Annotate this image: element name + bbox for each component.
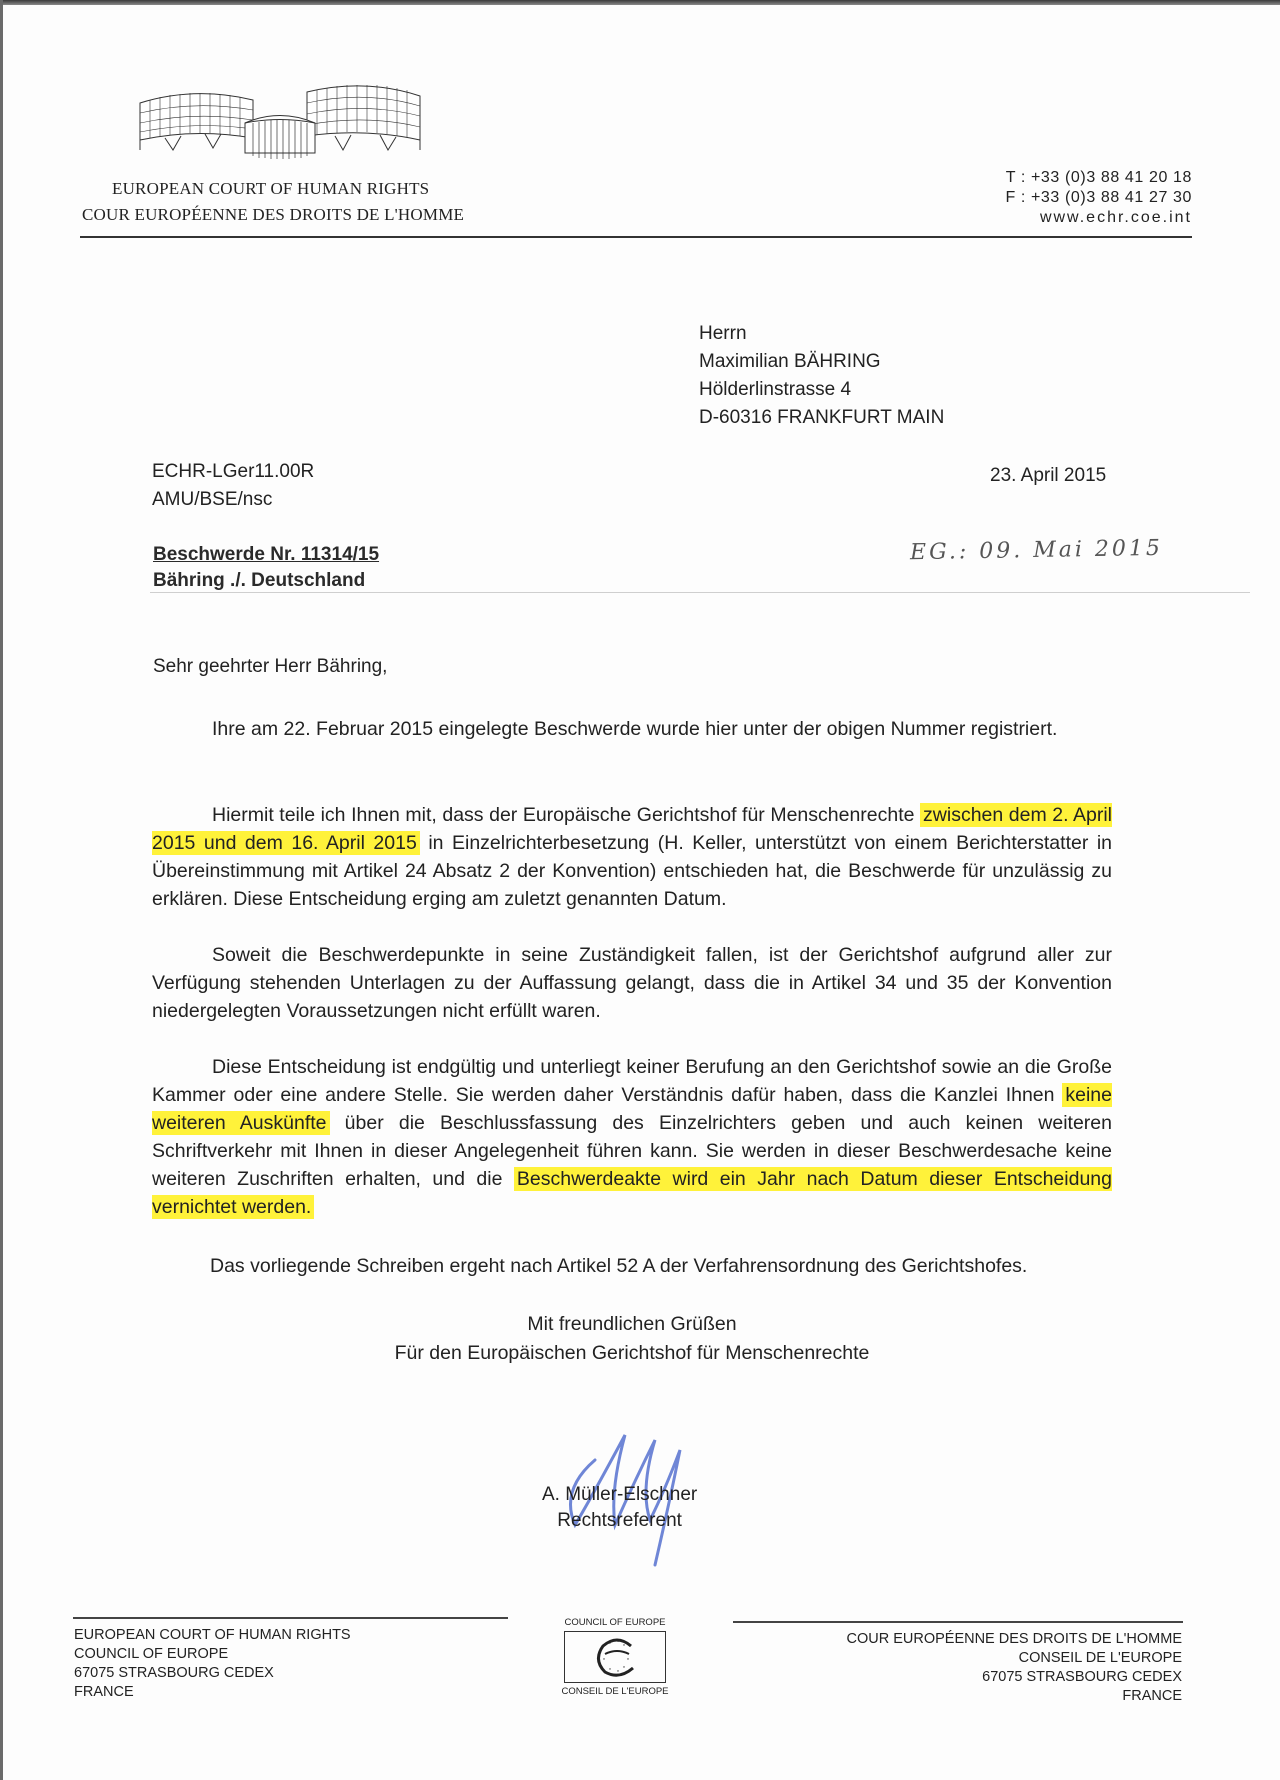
- website-link[interactable]: www.echr.coe.int: [1005, 208, 1192, 228]
- letterhead-divider: [80, 236, 1192, 238]
- closing-institution: Für den Europäischen Gerichtshof für Men…: [152, 1339, 1112, 1368]
- footer-divider-left: [73, 1617, 508, 1619]
- svg-text:*: *: [627, 1658, 629, 1664]
- letter-date: 23. April 2015: [990, 465, 1106, 487]
- svg-text:*: *: [623, 1644, 625, 1650]
- recipient-address: Herrn Maximilian BÄHRING Hölderlinstrass…: [699, 320, 944, 432]
- paragraph-registration: Ihre am 22. Februar 2015 eingelegte Besc…: [152, 715, 1112, 743]
- footer-divider-right: [733, 1621, 1183, 1623]
- paragraph-finality: Diese Entscheidung ist endgültig und unt…: [152, 1053, 1112, 1221]
- court-name-english: EUROPEAN COURT OF HUMAN RIGHTS: [112, 179, 429, 199]
- reference-block: ECHR-LGer11.00R AMU/BSE/nsc: [152, 458, 314, 514]
- case-number: Beschwerde Nr. 11314/15: [153, 542, 379, 568]
- recipient-salutation: Herrn: [699, 320, 944, 348]
- svg-text:*: *: [617, 1670, 619, 1676]
- svg-text:*: *: [609, 1642, 611, 1648]
- closing-block: Mit freundlichen Grüßen Für den Europäis…: [152, 1310, 1112, 1368]
- scan-edge-top: [0, 0, 1280, 5]
- paragraph-admissibility: Soweit die Beschwerdepunkte in seine Zus…: [152, 941, 1112, 1025]
- paragraph-decision: Hiermit teile ich Ihnen mit, dass der Eu…: [152, 801, 1112, 913]
- court-building-logo-icon: [135, 78, 425, 163]
- council-of-europe-emblem-icon: *** *****: [565, 1632, 665, 1682]
- reference-code: ECHR-LGer11.00R: [152, 458, 314, 486]
- handwritten-receipt-note: EG.: 09. Mai 2015: [910, 536, 1163, 565]
- court-name-french: COUR EUROPÉENNE DES DROITS DE L'HOMME: [82, 205, 464, 225]
- recipient-city: D-60316 FRANKFURT MAIN: [699, 404, 944, 432]
- footer-address-english: EUROPEAN COURT OF HUMAN RIGHTS COUNCIL O…: [74, 1626, 351, 1702]
- letter-salutation: Sehr geehrter Herr Bähring,: [153, 656, 387, 678]
- recipient-name: Maximilian BÄHRING: [699, 348, 944, 376]
- recipient-street: Hölderlinstrasse 4: [699, 376, 944, 404]
- signer-name: A. Müller-Elschner: [542, 1482, 697, 1508]
- paper-fold-line: [150, 592, 1250, 593]
- svg-text:*: *: [623, 1666, 625, 1672]
- case-heading: Beschwerde Nr. 11314/15 Bähring ./. Deut…: [153, 542, 379, 594]
- paragraph-legal-basis: Das vorliegende Schreiben ergeht nach Ar…: [210, 1252, 1110, 1280]
- scan-edge-left: [0, 0, 3, 1780]
- svg-text:*: *: [603, 1658, 605, 1664]
- reference-initials: AMU/BSE/nsc: [152, 486, 314, 514]
- phone-number: T : +33 (0)3 88 41 20 18: [1005, 168, 1192, 188]
- svg-text:*: *: [617, 1640, 619, 1646]
- contact-block: T : +33 (0)3 88 41 20 18 F : +33 (0)3 88…: [1005, 168, 1192, 228]
- svg-text:*: *: [609, 1668, 611, 1674]
- case-parties: Bähring ./. Deutschland: [153, 568, 379, 594]
- footer-address-french: COUR EUROPÉENNE DES DROITS DE L'HOMME CO…: [846, 1630, 1182, 1706]
- council-of-europe-logo: COUNCIL OF EUROPE *** ***** CONSEIL DE L…: [560, 1617, 670, 1697]
- signer-title: Rechtsreferent: [542, 1508, 697, 1534]
- signer-block: A. Müller-Elschner Rechtsreferent: [542, 1482, 697, 1534]
- fax-number: F : +33 (0)3 88 41 27 30: [1005, 188, 1192, 208]
- closing-greeting: Mit freundlichen Grüßen: [152, 1310, 1112, 1339]
